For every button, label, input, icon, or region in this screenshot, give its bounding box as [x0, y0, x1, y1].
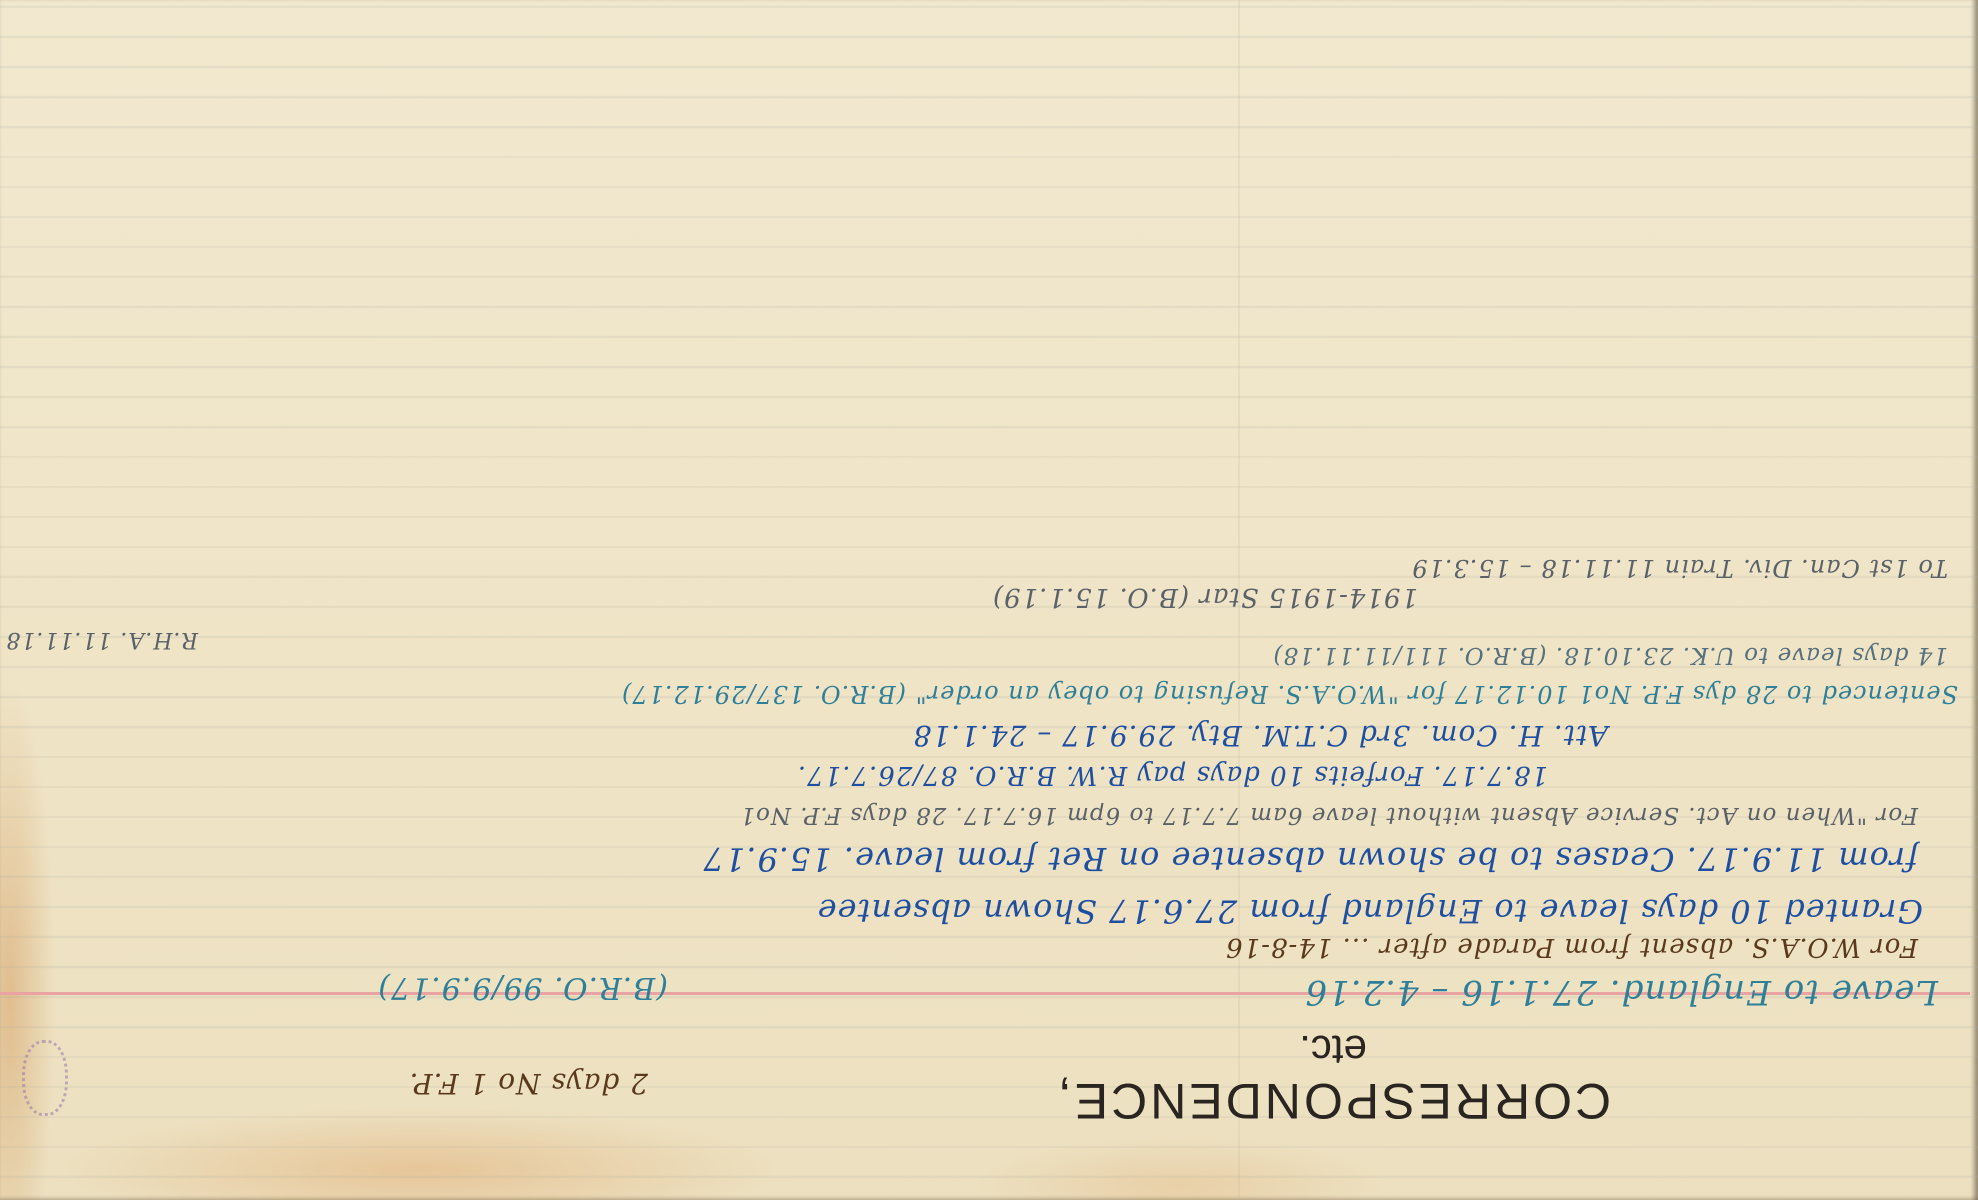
handwritten-entry: For W.O.A.S. absent from Parade after ..…: [1225, 932, 1918, 962]
handwritten-entry: To 1st Can. Div. Train 11.11.18 – 15.3.1…: [1411, 554, 1948, 582]
handwritten-entry: Sentenced to 28 dys F.P. No1 10.12.17 fo…: [621, 680, 1958, 708]
handwritten-entry: 18.7.17. Forfeits 10 days pay R.W. B.R.O…: [797, 760, 1548, 790]
handwritten-entry: 2 days No 1 F.P.: [409, 1067, 648, 1100]
printed-subheading: etc.: [688, 1026, 1978, 1074]
handwritten-entry: R.H.A. 11.11.18: [5, 627, 198, 652]
handwritten-entry: Granted 10 days leave to England from 27…: [817, 892, 1923, 930]
handwritten-entry: 14 days leave to U.K. 23.10.18. (B.R.O. …: [1272, 642, 1948, 668]
record-card: CORRESPONDENCE, etc. 2 days No 1 F.P. Le…: [0, 0, 1978, 1200]
handwritten-entry: 1914-1915 Star (B.O. 15.1.19): [992, 582, 1418, 612]
handwritten-entry: Leave to England. 27.1.16 – 4.2.16: [1305, 972, 1938, 1012]
handwritten-entry: from 11.9.17. Ceases to be shown absente…: [703, 840, 1918, 878]
handwritten-entry: Att. H. Com. 3rd C.T.M. Bty. 29.9.17 – 2…: [913, 719, 1608, 752]
handwritten-entry: For "When on Act. Service Absent without…: [739, 802, 1918, 828]
printed-heading: CORRESPONDENCE,: [688, 1072, 1978, 1130]
handwritten-entry: (B.R.O. 99/9.9.17): [377, 970, 668, 1005]
card-content-rotated: CORRESPONDENCE, etc. 2 days No 1 F.P. Le…: [0, 0, 1978, 1200]
